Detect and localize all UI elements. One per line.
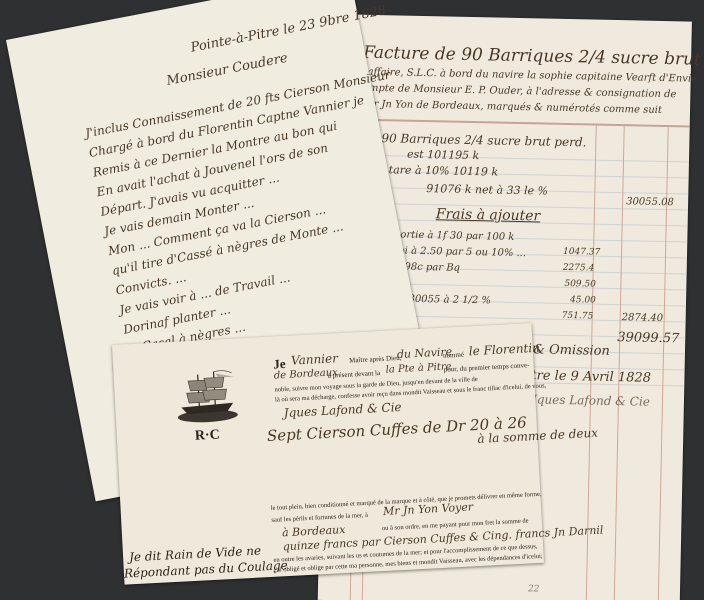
invoice-item: 90 Barriques 2/4 sucre brut perd. bbox=[381, 131, 586, 149]
invoice-charge-amount: 751.75 bbox=[562, 311, 594, 322]
invoice-charge-amount: 509.50 bbox=[564, 279, 596, 290]
invoice-signature: Jques Lafond & Cie bbox=[532, 392, 650, 408]
invoice-subtotal: 30055.08 bbox=[626, 196, 674, 208]
printed-field: pour, du premier temps conve- bbox=[444, 361, 530, 373]
printed-field: nommé bbox=[443, 351, 464, 360]
invoice-grand-total: 39099.57 bbox=[617, 330, 679, 346]
invoice-header-line: pour compte de Monsieur E. P. Ouder, à l… bbox=[330, 82, 676, 100]
bill-of-lading-document: R·C Je Vannier Maître après Dieu, du Nav… bbox=[112, 323, 544, 585]
letter-salutation: Monsieur Coudere bbox=[165, 51, 288, 89]
invoice-charge-amount: 45.00 bbox=[570, 295, 596, 306]
vessel-name: le Florentin bbox=[468, 341, 540, 359]
printed-field: Maître après Dieu, bbox=[349, 354, 402, 365]
invoice-item: est 101195 k bbox=[407, 148, 479, 163]
printed-body: sauf les périls et fortunes de la mer, à bbox=[271, 512, 368, 524]
invoice-section-title: Frais à ajouter bbox=[436, 206, 541, 224]
loading-port: la Pte à Pitre bbox=[385, 361, 451, 375]
invoice-charges-total: 2874.40 bbox=[622, 312, 664, 324]
letter-heading: Pointe-à-Pitre le 23 9bre 1828 bbox=[190, 3, 388, 56]
captain-name: Vannier bbox=[291, 351, 339, 367]
ship-engraving-icon bbox=[171, 366, 240, 425]
invoice-header-line: Monsieur Jn Yon de Bordeaux, marqués & n… bbox=[330, 98, 662, 116]
invoice-charge-amount: 2275.4 bbox=[563, 263, 595, 274]
invoice-item: tare à 10% 10119 k bbox=[389, 163, 499, 178]
ship-mark: R·C bbox=[194, 427, 220, 444]
invoice-item: 91076 k net à 33 le % bbox=[426, 182, 548, 198]
invoice-charge-amount: 1047.37 bbox=[563, 247, 600, 258]
shipper-name: Jques Lafond & Cie bbox=[283, 400, 402, 420]
invoice-page-number: 22 bbox=[528, 584, 540, 594]
printed-field: à présent devant la bbox=[328, 369, 381, 380]
